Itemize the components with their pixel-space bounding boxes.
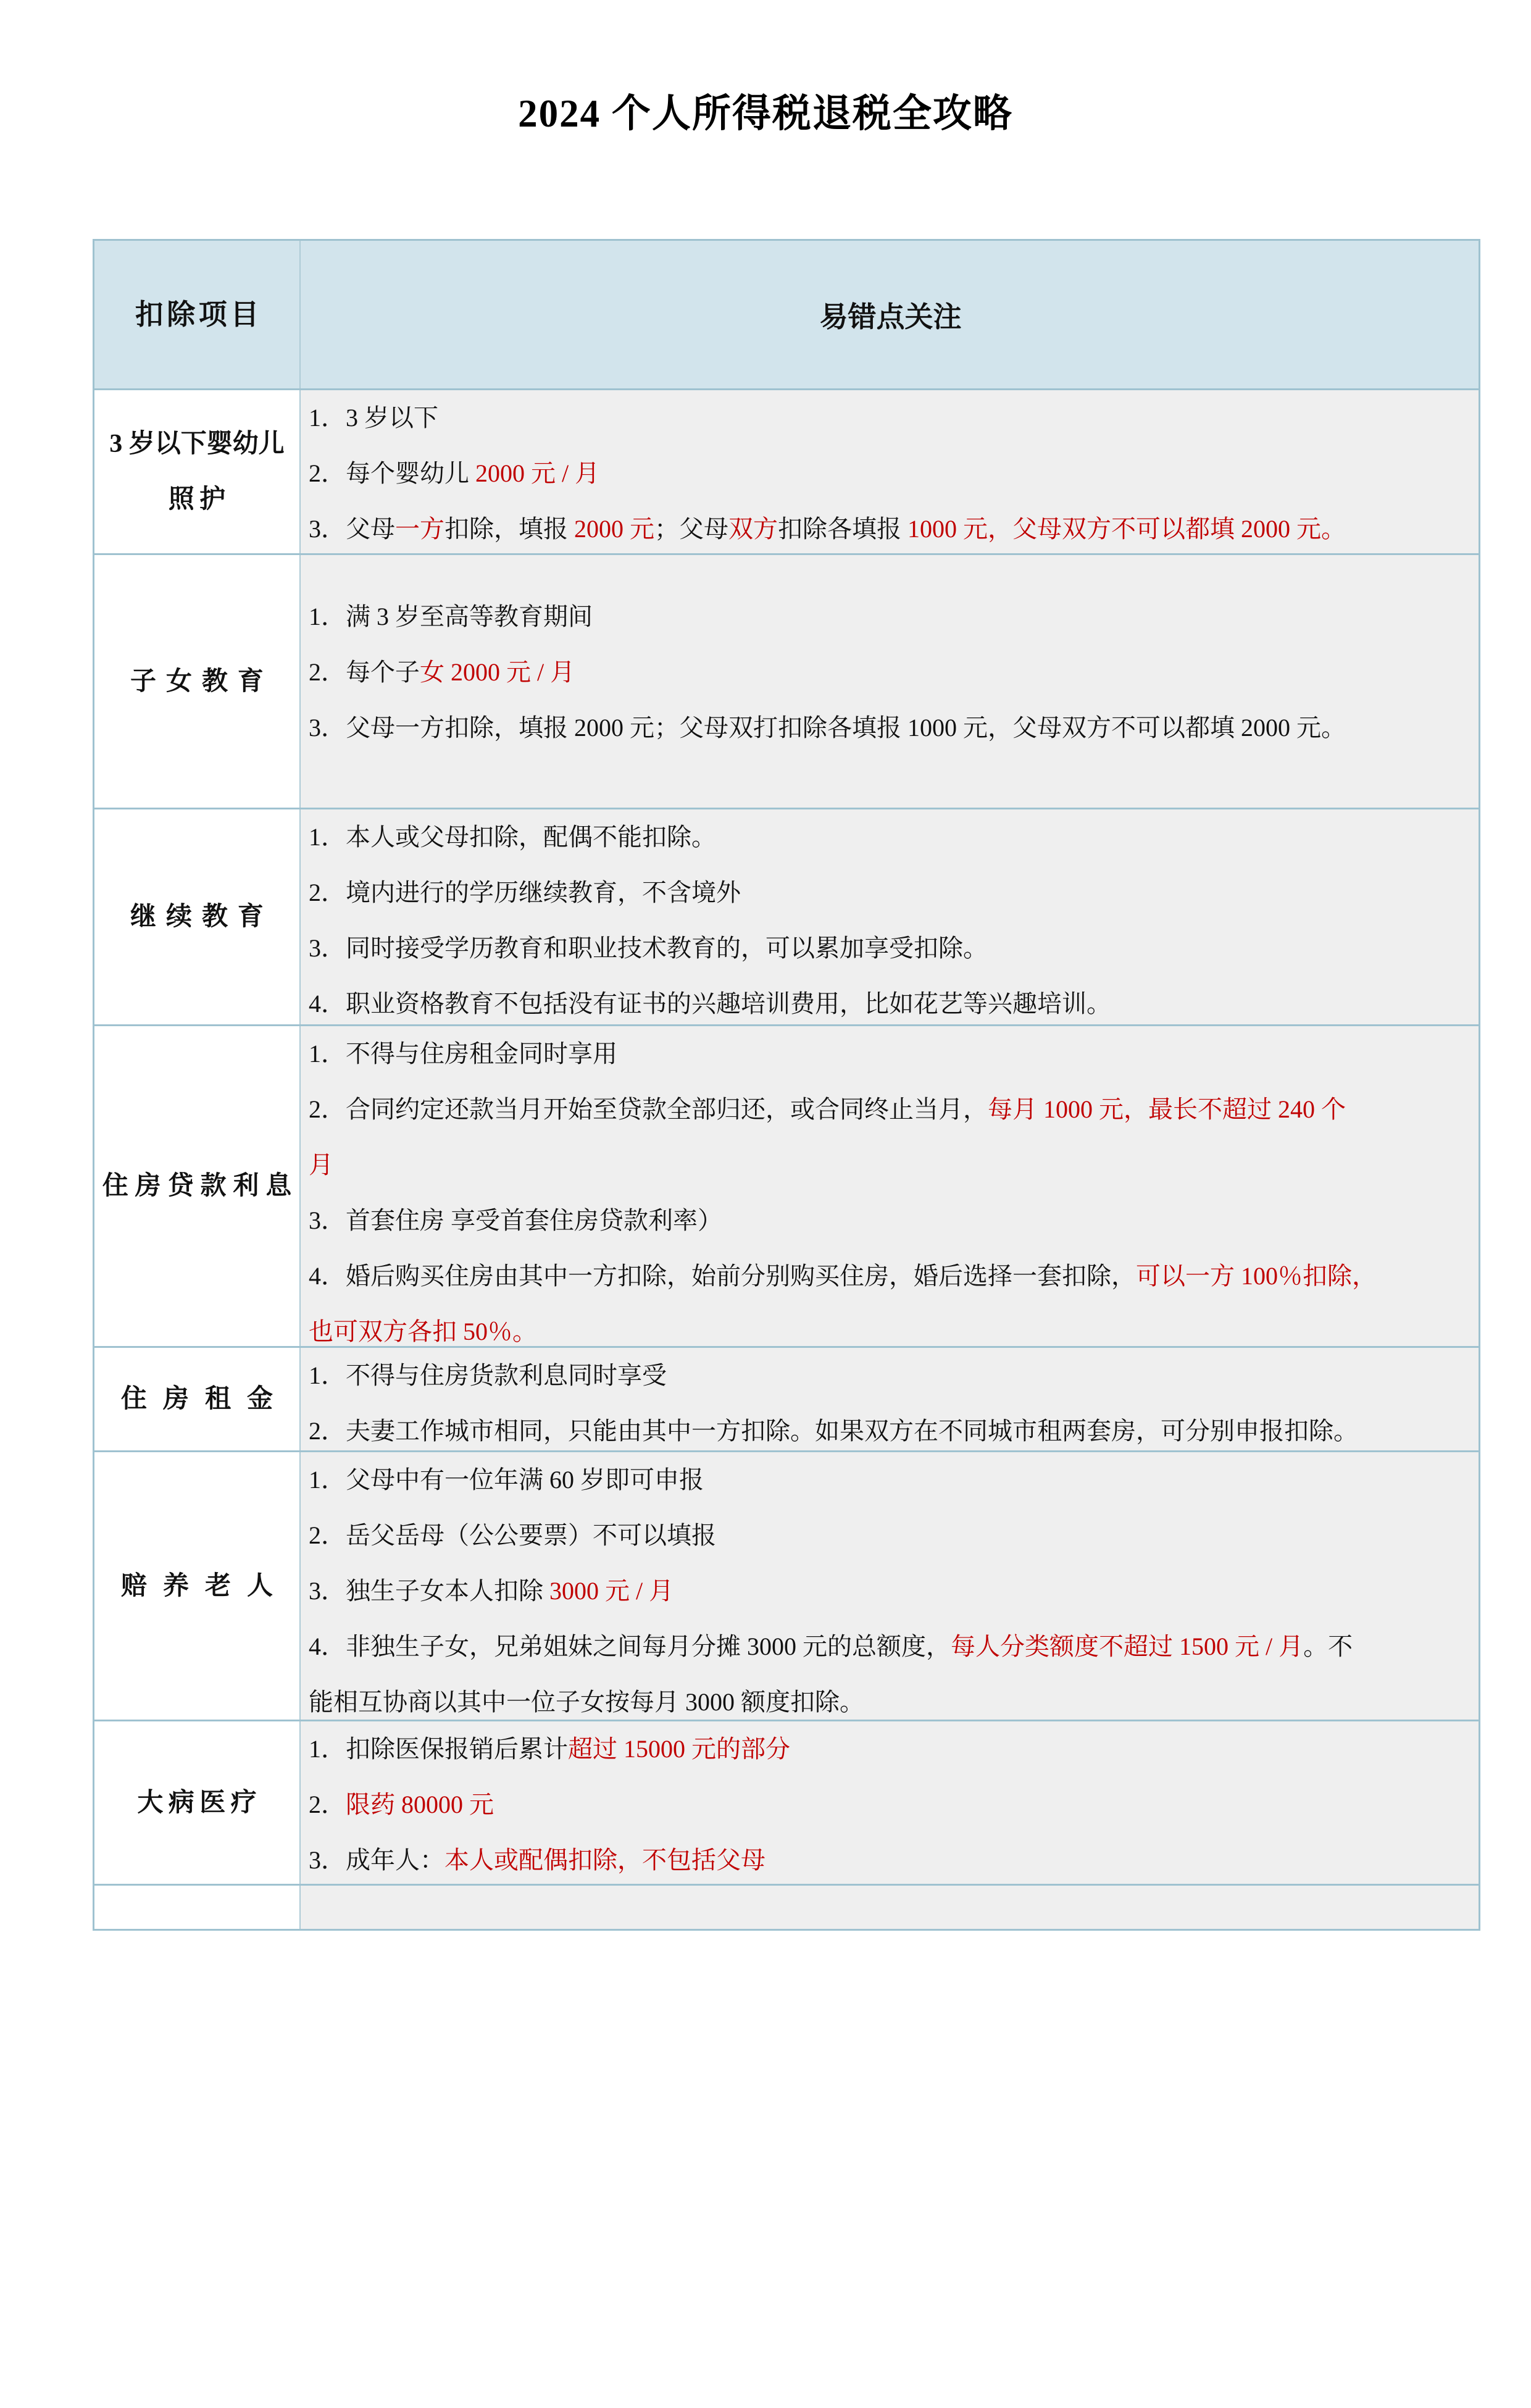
highlighted-text: 2000 元 (574, 515, 654, 543)
error-points-cell: 1．3 岁以下2．每个婴幼儿 2000 元 / 月3．父母一方扣除，填报 200… (301, 390, 1479, 553)
deduction-category-label (94, 1886, 301, 1929)
highlighted-text: 每人分类额度不超过 1500 元 / 月 (951, 1633, 1303, 1660)
note-text: 4．非独生子女，兄弟姐妹之间每月分摊 3000 元的总额度， (309, 1633, 951, 1660)
note-text: 1．不得与住房货款利息同时享受 (309, 1361, 667, 1389)
note-text: ；父母 (654, 515, 728, 543)
note-item: 1．3 岁以下 (309, 390, 1472, 446)
deduction-category-label: 3 岁以下婴幼儿照护 (94, 390, 301, 553)
note-item: 2．限药 80000 元 (309, 1777, 1472, 1833)
error-points-cell: 1．本人或父母扣除，配偶不能扣除。2．境内进行的学历继续教育，不含境外3．同时接… (301, 809, 1479, 1024)
note-text: 1．满 3 岁至高等教育期间 (309, 603, 593, 630)
error-points-cell: 1．不得与住房货款利息同时享受2．夫妻工作城市相同，只能由其中一方扣除。如果双方… (301, 1348, 1479, 1450)
note-item: 1．满 3 岁至高等教育期间 (309, 589, 1472, 645)
note-text: 1．3 岁以下 (309, 404, 438, 432)
table-row: 子女教育1．满 3 岁至高等教育期间2．每个子女 2000 元 / 月3．父母一… (94, 555, 1479, 809)
error-points-cell: 1．不得与住房租金同时享用2．合同约定还款当月开始至贷款全部归还，或合同终止当月… (301, 1026, 1479, 1346)
table-header-row: 扣除项目 易错点关注 (94, 241, 1479, 390)
note-text: 扣除各填报 (778, 515, 907, 543)
highlighted-text: 2000 元 / 月 (475, 459, 599, 487)
highlighted-text: 一方 (395, 515, 444, 543)
note-item: 2．合同约定还款当月开始至贷款全部归还，或合同终止当月，每月 1000 元，最长… (309, 1082, 1472, 1193)
note-text: 2．每个子 (309, 658, 420, 686)
note-item: 4．非独生子女，兄弟姐妹之间每月分摊 3000 元的总额度，每人分类额度不超过 … (309, 1619, 1472, 1720)
highlighted-text: 限药 80000 元 (346, 1791, 494, 1818)
table-row: 大病医疗1．扣除医保报销后累计超过 15000 元的部分2．限药 80000 元… (94, 1721, 1479, 1886)
note-text: 4．婚后购买住房由其中一方扣除，始前分别购买住房，婚后选择一套扣除， (309, 1262, 1136, 1290)
table-row: 住房贷款利息1．不得与住房租金同时享用2．合同约定还款当月开始至贷款全部归还，或… (94, 1026, 1479, 1348)
note-item: 1．本人或父母扣除，配偶不能扣除。 (309, 809, 1472, 865)
highlighted-text: 1000 元，父母双方不可以都填 2000 元。 (907, 515, 1346, 543)
note-item: 3．首套住房 享受首套住房贷款利率） (309, 1193, 1472, 1248)
note-text: 2．夫妻工作城市相同，只能由其中一方扣除。如果双方在不同城市租两套房，可分别申报… (309, 1417, 1358, 1445)
highlighted-text: 也可双方各扣 50％。 (309, 1318, 537, 1345)
note-text: 3．父母 (309, 515, 395, 543)
deduction-category-label: 赔养老人 (94, 1452, 301, 1720)
note-item: 2．每个子女 2000 元 / 月 (309, 645, 1472, 700)
note-item: 2．每个婴幼儿 2000 元 / 月 (309, 446, 1472, 501)
note-text: 1．父母中有一位年满 60 岁即可申报 (309, 1466, 704, 1494)
highlighted-text: 女 2000 元 / 月 (420, 658, 575, 686)
error-points-cell: 1．满 3 岁至高等教育期间2．每个子女 2000 元 / 月3．父母一方扣除，… (301, 555, 1479, 808)
note-text: 能相互协商以其中一位子女按每月 3000 额度扣除。 (309, 1688, 864, 1716)
note-text: 3．独生子女本人扣除 (309, 1577, 549, 1605)
deduction-category-label: 住房贷款利息 (94, 1026, 301, 1346)
note-text: 2．岳父岳母（公公要票）不可以填报 (309, 1521, 716, 1549)
note-text: 2． (309, 1791, 346, 1818)
note-text: 2．境内进行的学历继续教育，不含境外 (309, 879, 741, 906)
note-text: 2．每个婴幼儿 (309, 459, 475, 487)
error-points-cell (301, 1886, 1479, 1929)
note-item: 1．不得与住房货款利息同时享受 (309, 1348, 1472, 1403)
note-item: 3．父母一方扣除，填报 2000 元；父母双方扣除各填报 1000 元，父母双方… (309, 501, 1472, 553)
table-row: 3 岁以下婴幼儿照护1．3 岁以下2．每个婴幼儿 2000 元 / 月3．父母一… (94, 390, 1479, 555)
highlighted-text: 3000 元 / 月 (549, 1577, 674, 1605)
highlighted-text: 可以一方 100％扣除， (1136, 1262, 1377, 1290)
deduction-category-label: 住房租金 (94, 1348, 301, 1450)
highlighted-text: 双方 (728, 515, 778, 543)
note-item: 2．境内进行的学历继续教育，不含境外 (309, 865, 1472, 921)
note-text: 1．不得与住房租金同时享用 (309, 1040, 617, 1068)
note-item: 3．独生子女本人扣除 3000 元 / 月 (309, 1563, 1472, 1619)
note-text: 3．父母一方扣除，填报 2000 元；父母双打扣除各填报 1000 元，父母双方… (309, 714, 1346, 742)
header-error-points: 易错点关注 (301, 241, 1479, 388)
note-text: 1．本人或父母扣除，配偶不能扣除。 (309, 823, 716, 851)
note-text: 1．扣除医保报销后累计 (309, 1735, 568, 1763)
note-text: 。不 (1303, 1633, 1353, 1660)
table-row: 继续教育1．本人或父母扣除，配偶不能扣除。2．境内进行的学历继续教育，不含境外3… (94, 809, 1479, 1026)
highlighted-text: 月 (309, 1151, 333, 1179)
note-text: 3．成年人： (309, 1846, 444, 1874)
note-text: 2．合同约定还款当月开始至贷款全部归还，或合同终止当月， (309, 1095, 988, 1123)
note-text: 扣除，填报 (444, 515, 574, 543)
note-item: 3．成年人：本人或配偶扣除，不包括父母 (309, 1833, 1472, 1884)
page-title: 2024 个人所得税退税全攻略 (0, 90, 1531, 138)
deduction-category-label: 大病医疗 (94, 1721, 301, 1884)
table-body: 3 岁以下婴幼儿照护1．3 岁以下2．每个婴幼儿 2000 元 / 月3．父母一… (94, 390, 1479, 1929)
note-item: 4．婚后购买住房由其中一方扣除，始前分别购买住房，婚后选择一套扣除，可以一方 1… (309, 1248, 1472, 1346)
error-points-cell: 1．扣除医保报销后累计超过 15000 元的部分2．限药 80000 元3．成年… (301, 1721, 1479, 1884)
highlighted-text: 每月 1000 元，最长不超过 240 个 (988, 1095, 1346, 1123)
note-item: 1．扣除医保报销后累计超过 15000 元的部分 (309, 1721, 1472, 1777)
note-item: 1．父母中有一位年满 60 岁即可申报 (309, 1452, 1472, 1508)
note-item: 2．岳父岳母（公公要票）不可以填报 (309, 1508, 1472, 1563)
note-text: 3．同时接受学历教育和职业技术教育的，可以累加享受扣除。 (309, 934, 988, 962)
note-item: 3．同时接受学历教育和职业技术教育的，可以累加享受扣除。 (309, 921, 1472, 976)
deduction-category-label: 子女教育 (94, 555, 301, 808)
header-deduction-item: 扣除项目 (94, 241, 301, 388)
note-text: 4．职业资格教育不包括没有证书的兴趣培训费用，比如花艺等兴趣培训。 (309, 990, 1111, 1018)
table-row: 赔养老人1．父母中有一位年满 60 岁即可申报2．岳父岳母（公公要票）不可以填报… (94, 1452, 1479, 1721)
tax-deduction-table: 扣除项目 易错点关注 3 岁以下婴幼儿照护1．3 岁以下2．每个婴幼儿 2000… (93, 239, 1480, 1931)
note-item: 2．夫妻工作城市相同，只能由其中一方扣除。如果双方在不同城市租两套房，可分别申报… (309, 1403, 1472, 1450)
note-item: 1．不得与住房租金同时享用 (309, 1026, 1472, 1082)
error-points-cell: 1．父母中有一位年满 60 岁即可申报2．岳父岳母（公公要票）不可以填报3．独生… (301, 1452, 1479, 1720)
deduction-category-label: 继续教育 (94, 809, 301, 1024)
note-item: 4．职业资格教育不包括没有证书的兴趣培训费用，比如花艺等兴趣培训。 (309, 976, 1472, 1024)
table-row: 住房租金1．不得与住房货款利息同时享受2．夫妻工作城市相同，只能由其中一方扣除。… (94, 1348, 1479, 1452)
table-row (94, 1886, 1479, 1929)
note-item: 3．父母一方扣除，填报 2000 元；父母双打扣除各填报 1000 元，父母双方… (309, 700, 1472, 756)
highlighted-text: 本人或配偶扣除，不包括父母 (444, 1846, 765, 1874)
highlighted-text: 超过 15000 元的部分 (568, 1735, 790, 1763)
note-text: 3．首套住房 享受首套住房贷款利率） (309, 1206, 722, 1234)
